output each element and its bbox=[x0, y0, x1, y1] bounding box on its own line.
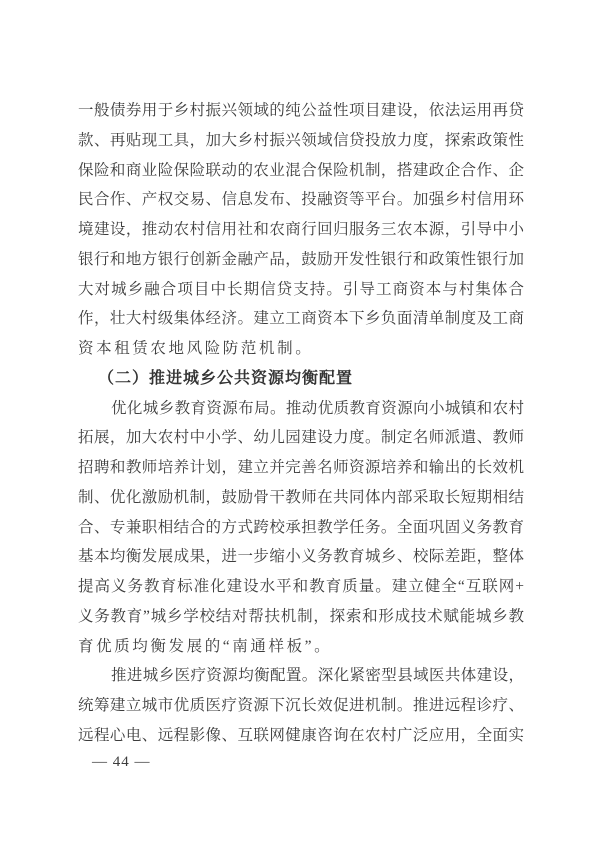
text-line: 基本均衡发展成果，进一步缩小义务教育城乡、校际差距，整体 bbox=[78, 542, 524, 572]
text-line: 合、专兼职相结合的方式跨校承担教学任务。全面巩固义务教育 bbox=[78, 513, 524, 543]
page-number: — 44 — bbox=[92, 752, 151, 772]
text-line: 保险和商业险保险联动的农业混合保险机制，搭建政企合作、企 bbox=[78, 156, 524, 186]
text-line: 资本租赁农地风险防范机制。 bbox=[78, 334, 524, 364]
text-line: 统筹建立城市优质医疗资源下沉长效促进机制。推进远程诊疗、 bbox=[78, 691, 524, 721]
text-line: 境建设，推动农村信用社和农商行回归服务三农本源，引导中小 bbox=[78, 215, 524, 245]
text-line: 推进城乡医疗资源均衡配置。深化紧密型县域医共体建设， bbox=[78, 661, 524, 691]
text-line: 育优质均衡发展的“南通样板”。 bbox=[78, 632, 524, 662]
text-line: 招聘和教师培养计划，建立并完善名师资源培养和输出的长效机 bbox=[78, 453, 524, 483]
text-line: 拓展，加大农村中小学、幼儿园建设力度。制定名师派遣、教师 bbox=[78, 423, 524, 453]
text-line: 作，壮大村级集体经济。建立工商资本下乡负面清单制度及工商 bbox=[78, 304, 524, 334]
text-line: 远程心电、远程影像、互联网健康咨询在农村广泛应用，全面实 bbox=[78, 721, 524, 751]
section-heading: （二）推进城乡公共资源均衡配置 bbox=[78, 364, 524, 394]
text-line: 大对城乡融合项目中长期信贷支持。引导工商资本与村集体合 bbox=[78, 275, 524, 305]
text-block: 一般债券用于乡村振兴领域的纯公益性项目建设，依法运用再贷款、再贴现工具，加大乡村… bbox=[78, 96, 524, 751]
text-line: 款、再贴现工具，加大乡村振兴领域信贷投放力度，探索政策性 bbox=[78, 126, 524, 156]
text-line: 银行和地方银行创新金融产品，鼓励开发性银行和政策性银行加 bbox=[78, 245, 524, 275]
text-line: 制、优化激励机制，鼓励骨干教师在共同体内部采取长短期相结 bbox=[78, 483, 524, 513]
text-line: 优化城乡教育资源布局。推动优质教育资源向小城镇和农村 bbox=[78, 394, 524, 424]
text-line: 提高义务教育标准化建设水平和教育质量。建立健全“互联网+ bbox=[78, 572, 524, 602]
document-page: 一般债券用于乡村振兴领域的纯公益性项目建设，依法运用再贷款、再贴现工具，加大乡村… bbox=[0, 0, 600, 848]
text-line: 义务教育”城乡学校结对帮扶机制，探索和形成技术赋能城乡教 bbox=[78, 602, 524, 632]
text-line: 一般债券用于乡村振兴领域的纯公益性项目建设，依法运用再贷 bbox=[78, 96, 524, 126]
text-line: 民合作、产权交易、信息发布、投融资等平台。加强乡村信用环 bbox=[78, 185, 524, 215]
